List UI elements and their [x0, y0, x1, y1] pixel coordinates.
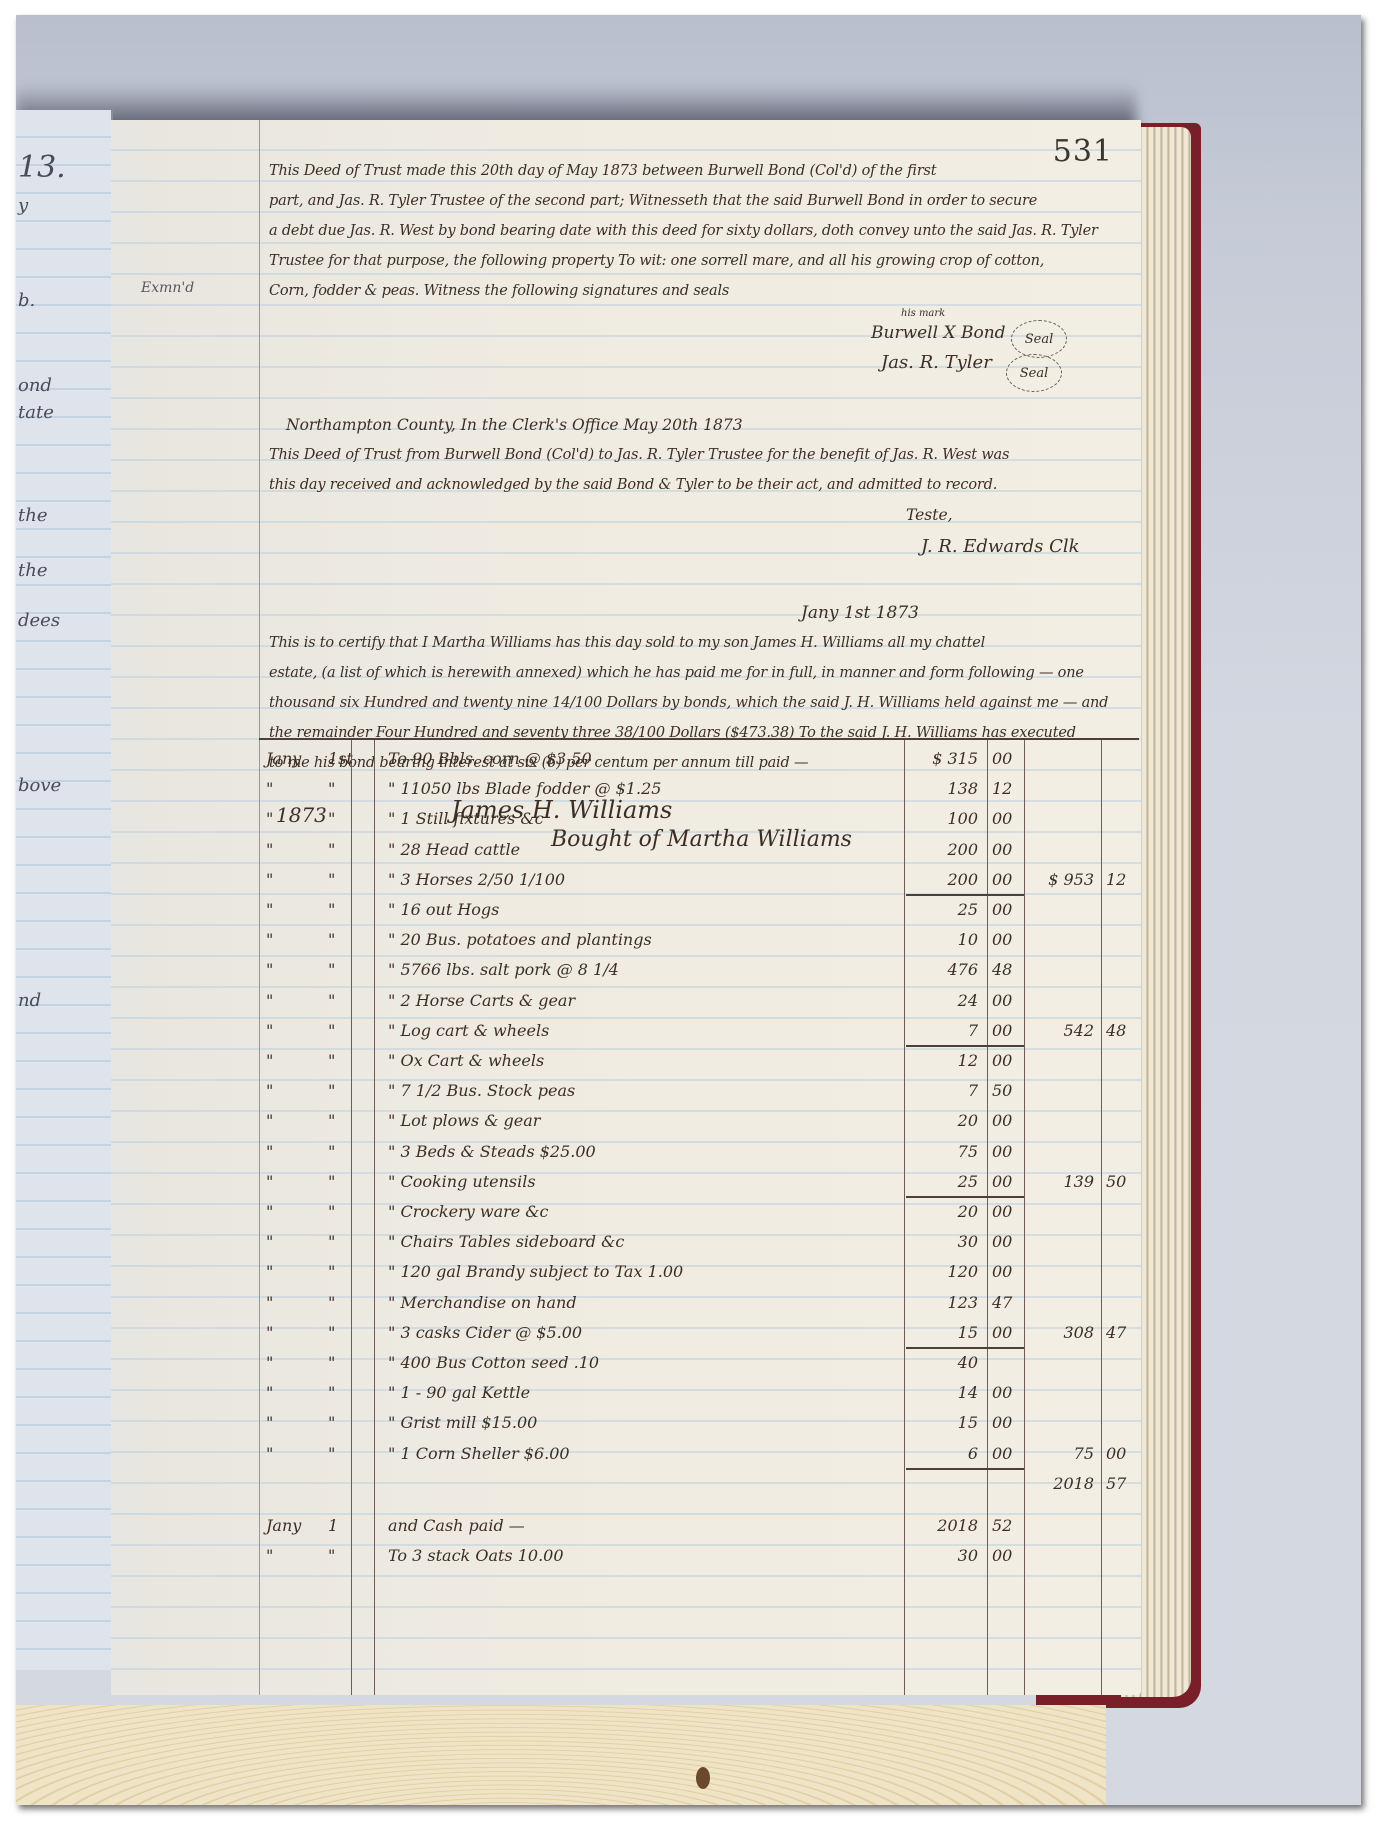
- row-description: " Ox Cart & wheels: [388, 1051, 544, 1070]
- row-day: ": [328, 1081, 335, 1100]
- seal-label: Seal: [1025, 332, 1054, 347]
- row-cents: 00: [992, 930, 1012, 949]
- row-subtotal-dollars: 75: [1026, 1444, 1094, 1463]
- deed-line: This Deed of Trust made this 20th day of…: [269, 156, 936, 186]
- row-dollars: 476: [906, 960, 978, 979]
- row-month: ": [266, 991, 273, 1010]
- left-fragment: the: [18, 505, 47, 526]
- row-dollars: 30: [906, 1546, 978, 1565]
- row-day: ": [328, 1444, 335, 1463]
- row-month: Jany: [266, 1516, 301, 1535]
- row-dollars: 75: [906, 1142, 978, 1161]
- probate-line: this day received and acknowledged by th…: [269, 470, 997, 500]
- row-description: " 7 1/2 Bus. Stock peas: [388, 1081, 575, 1100]
- deed-line: a debt due Jas. R. West by bond bearing …: [269, 216, 1098, 246]
- left-fragment: dees: [18, 610, 60, 631]
- row-cents: 48: [992, 960, 1012, 979]
- row-description: " 5766 lbs. salt pork @ 8 1/4: [388, 960, 619, 979]
- bill-line: thousand six Hundred and twenty nine 14/…: [269, 688, 1108, 718]
- subtotal-rule: [906, 1468, 1024, 1470]
- row-dollars: 24: [906, 991, 978, 1010]
- row-dollars: 10: [906, 930, 978, 949]
- left-fragment: 13.: [18, 150, 66, 185]
- left-fragment: the: [18, 560, 47, 581]
- left-fragment: bove: [18, 775, 61, 796]
- bill-line: This is to certify that I Martha William…: [269, 628, 985, 658]
- row-day: ": [328, 991, 335, 1010]
- signature-bond: Burwell X Bond: [871, 318, 1006, 348]
- row-description: " 3 Horses 2/50 1/100: [388, 870, 565, 889]
- row-month: ": [266, 1232, 273, 1251]
- row-dollars: 30: [906, 1232, 978, 1251]
- row-description: " 28 Head cattle: [388, 840, 520, 859]
- row-day: ": [328, 1262, 335, 1281]
- margin-rule: [259, 120, 260, 1695]
- row-day: ": [328, 1202, 335, 1221]
- row-month: ": [266, 1293, 273, 1312]
- ledger-subtitle: Bought of Martha Williams: [551, 825, 852, 855]
- row-dollars: 100: [906, 809, 978, 828]
- row-description: " 20 Bus. potatoes and plantings: [388, 930, 652, 949]
- wood-knot: [696, 1767, 710, 1789]
- row-description: " 11050 lbs Blade fodder @ $1.25: [388, 779, 661, 798]
- left-fragment: nd: [18, 990, 41, 1011]
- row-description: To 90 Bbls. corn @ $3.50: [388, 749, 592, 768]
- row-dollars: 20: [906, 1202, 978, 1221]
- row-cents: 00: [992, 1142, 1012, 1161]
- row-month: ": [266, 779, 273, 798]
- row-cents: 00: [992, 1546, 1012, 1565]
- row-month: ": [266, 1172, 273, 1191]
- row-subtotal-dollars: 2018: [1026, 1474, 1094, 1493]
- row-description: " 1 Corn Sheller $6.00: [388, 1444, 570, 1463]
- row-month: ": [266, 900, 273, 919]
- row-month: ": [266, 1051, 273, 1070]
- row-day: ": [328, 1353, 335, 1372]
- row-month: Jany: [266, 749, 301, 768]
- row-month: ": [266, 1413, 273, 1432]
- row-dollars: 7: [906, 1081, 978, 1100]
- row-dollars: 20: [906, 1111, 978, 1130]
- row-description: " 120 gal Brandy subject to Tax 1.00: [388, 1262, 683, 1281]
- row-day: ": [328, 1546, 335, 1565]
- probate-line: This Deed of Trust from Burwell Bond (Co…: [269, 440, 1009, 470]
- row-cents: 00: [992, 900, 1012, 919]
- row-cents: 00: [992, 1323, 1012, 1342]
- row-subtotal-cents: 48: [1106, 1021, 1126, 1040]
- row-description: " 2 Horse Carts & gear: [388, 991, 575, 1010]
- row-subtotal-cents: 50: [1106, 1172, 1126, 1191]
- row-cents: 47: [992, 1293, 1012, 1312]
- ledger-year: 1873: [276, 800, 327, 830]
- left-fragment: b.: [18, 290, 35, 311]
- row-description: and Cash paid —: [388, 1516, 525, 1535]
- row-day: ": [328, 930, 335, 949]
- row-description: " 400 Bus Cotton seed .10: [388, 1353, 599, 1372]
- probate-line: Northampton County, In the Clerk's Offic…: [286, 410, 743, 440]
- row-description: " Log cart & wheels: [388, 1021, 549, 1040]
- row-day: ": [328, 1323, 335, 1342]
- row-subtotal-cents: 57: [1106, 1474, 1126, 1493]
- row-month: ": [266, 1262, 273, 1281]
- row-month: ": [266, 960, 273, 979]
- row-month: ": [266, 1111, 273, 1130]
- left-fragment: tate: [18, 402, 54, 423]
- row-month: ": [266, 1383, 273, 1402]
- row-subtotal-dollars: 542: [1026, 1021, 1094, 1040]
- row-month: ": [266, 1353, 273, 1372]
- row-cents: 00: [992, 1021, 1012, 1040]
- row-day: ": [328, 1293, 335, 1312]
- subtotal-rule: [906, 1347, 1024, 1349]
- row-cents: 00: [992, 840, 1012, 859]
- seal-1: Seal: [1011, 320, 1067, 358]
- wood-board: [16, 1705, 1106, 1805]
- row-dollars: 40: [906, 1353, 978, 1372]
- row-description: " 3 Beds & Steads $25.00: [388, 1142, 596, 1161]
- row-month: ": [266, 870, 273, 889]
- row-description: To 3 stack Oats 10.00: [388, 1546, 564, 1565]
- left-page: 13. y b. ond tate the the dees bove nd: [16, 110, 113, 1670]
- margin-note-examined: Exmn'd: [141, 280, 194, 296]
- row-description: " 3 casks Cider @ $5.00: [388, 1323, 582, 1342]
- row-subtotal-dollars: $ 953: [1026, 870, 1094, 889]
- row-cents: 00: [992, 1444, 1012, 1463]
- clerk-signature: J. R. Edwards Clk: [921, 532, 1080, 562]
- deed-line: Corn, fodder & peas. Witness the followi…: [269, 276, 729, 306]
- row-day: 1: [328, 1516, 338, 1535]
- subtotal-rule: [906, 1045, 1024, 1047]
- signature-tyler: Jas. R. Tyler: [881, 348, 992, 378]
- row-subtotal-cents: 00: [1106, 1444, 1126, 1463]
- row-cents: 52: [992, 1516, 1012, 1535]
- row-cents: 00: [992, 870, 1012, 889]
- row-day: ": [328, 779, 335, 798]
- row-cents: 00: [992, 809, 1012, 828]
- row-cents: 00: [992, 1051, 1012, 1070]
- row-cents: 00: [992, 1383, 1012, 1402]
- row-subtotal-cents: 47: [1106, 1323, 1126, 1342]
- row-description: " 16 out Hogs: [388, 900, 499, 919]
- row-subtotal-dollars: 308: [1026, 1323, 1094, 1342]
- row-cents: 00: [992, 1413, 1012, 1432]
- seal-2: Seal: [1006, 354, 1062, 392]
- row-dollars: 200: [906, 870, 978, 889]
- row-month: ": [266, 930, 273, 949]
- row-dollars: 123: [906, 1293, 978, 1312]
- row-dollars: 138: [906, 779, 978, 798]
- row-description: " Cooking utensils: [388, 1172, 536, 1191]
- row-cents: 00: [992, 1202, 1012, 1221]
- teste-label: Teste,: [906, 500, 953, 530]
- bill-line: estate, (a list of which is herewith ann…: [269, 658, 1084, 688]
- row-description: " Lot plows & gear: [388, 1111, 540, 1130]
- row-day: ": [328, 1142, 335, 1161]
- row-month: ": [266, 1142, 273, 1161]
- bill-line: the remainder Four Hundred and seventy t…: [269, 718, 1076, 748]
- row-description: " Chairs Tables sideboard &c: [388, 1232, 624, 1251]
- row-subtotal-dollars: 139: [1026, 1172, 1094, 1191]
- bill-date: Jany 1st 1873: [801, 598, 919, 628]
- row-dollars: $ 315: [906, 749, 978, 768]
- row-description: " 1 Still fixtures &c: [388, 809, 544, 828]
- row-description: " Merchandise on hand: [388, 1293, 577, 1312]
- row-month: ": [266, 1323, 273, 1342]
- row-cents: 00: [992, 1232, 1012, 1251]
- row-day: ": [328, 1021, 335, 1040]
- row-month: ": [266, 840, 273, 859]
- deed-line: Trustee for that purpose, the following …: [269, 246, 1044, 276]
- row-day: ": [328, 960, 335, 979]
- row-day: ": [328, 1172, 335, 1191]
- page-number: 531: [1053, 134, 1113, 169]
- row-cents: 00: [992, 1172, 1012, 1191]
- row-dollars: 120: [906, 1262, 978, 1281]
- row-description: " Crockery ware &c: [388, 1202, 549, 1221]
- row-cents: 00: [992, 1262, 1012, 1281]
- row-dollars: 7: [906, 1021, 978, 1040]
- left-fragment: y: [18, 195, 28, 216]
- row-description: " 1 - 90 gal Kettle: [388, 1383, 530, 1402]
- row-dollars: 2018: [906, 1516, 978, 1535]
- row-day: ": [328, 870, 335, 889]
- row-dollars: 6: [906, 1444, 978, 1463]
- row-month: ": [266, 1444, 273, 1463]
- row-dollars: 12: [906, 1051, 978, 1070]
- row-day: ": [328, 840, 335, 859]
- row-cents: 12: [992, 779, 1012, 798]
- row-day: ": [328, 1051, 335, 1070]
- seal-label: Seal: [1020, 366, 1049, 381]
- row-description: " Grist mill $15.00: [388, 1413, 537, 1432]
- row-day: ": [328, 809, 335, 828]
- row-cents: 00: [992, 991, 1012, 1010]
- row-day: 1st: [328, 749, 353, 768]
- row-dollars: 15: [906, 1413, 978, 1432]
- row-month: ": [266, 1546, 273, 1565]
- row-day: ": [328, 1383, 335, 1402]
- row-dollars: 15: [906, 1323, 978, 1342]
- subtotal-rule: [906, 1196, 1024, 1198]
- row-day: ": [328, 900, 335, 919]
- left-fragment: ond: [18, 375, 52, 396]
- row-dollars: 25: [906, 1172, 978, 1191]
- row-subtotal-cents: 12: [1106, 870, 1126, 889]
- row-month: ": [266, 1021, 273, 1040]
- row-cents: 00: [992, 1111, 1012, 1130]
- subtotal-rule: [906, 894, 1024, 896]
- row-month: ": [266, 1081, 273, 1100]
- row-dollars: 25: [906, 900, 978, 919]
- document-photo: 13. y b. ond tate the the dees bove nd 5…: [16, 15, 1361, 1805]
- row-day: ": [328, 1232, 335, 1251]
- row-month: ": [266, 809, 273, 828]
- row-dollars: 14: [906, 1383, 978, 1402]
- row-month: ": [266, 1202, 273, 1221]
- row-day: ": [328, 1111, 335, 1130]
- row-day: ": [328, 1413, 335, 1432]
- row-cents: 00: [992, 749, 1012, 768]
- deed-line: part, and Jas. R. Tyler Trustee of the s…: [269, 186, 1037, 216]
- row-dollars: 200: [906, 840, 978, 859]
- row-cents: 50: [992, 1081, 1012, 1100]
